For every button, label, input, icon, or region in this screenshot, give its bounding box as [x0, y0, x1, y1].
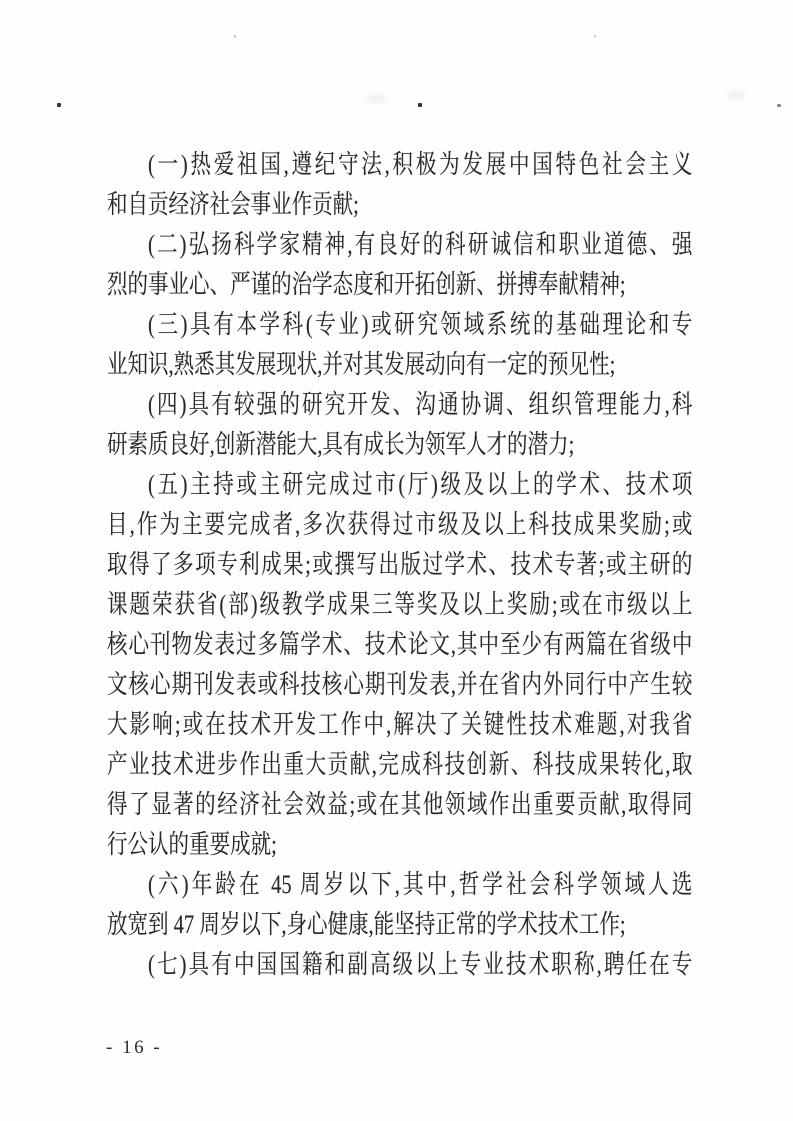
text-line: 取得了多项专利成果;或撰写出版过学术、技术专著;或主研的 [107, 545, 692, 585]
scan-speck [777, 104, 781, 107]
text-line: (五)主持或主研完成过市(厅)级及以上的学术、技术项 [107, 465, 692, 505]
text-line: 产业技术进步作出重大贡献,完成科技创新、科技成果转化,取 [107, 745, 692, 785]
text-line: 行公认的重要成就; [107, 825, 692, 865]
text-line: (七)具有中国国籍和副高级以上专业技术职称,聘任在专 [107, 945, 692, 985]
page-number: - 16 - [106, 1037, 162, 1059]
text-line: 放宽到 47 周岁以下,身心健康,能坚持正常的学术技术工作; [107, 905, 692, 945]
text-line: 文核心期刊发表或科技核心期刊发表,并在省内外同行中产生较 [107, 665, 692, 705]
document-body-text: (一)热爱祖国,遵纪守法,积极为发展中国特色社会主义和自贡经济社会事业作贡献;(… [107, 145, 692, 985]
scan-speck [418, 103, 422, 107]
text-line: (一)热爱祖国,遵纪守法,积极为发展中国特色社会主义 [107, 145, 692, 185]
text-line: 研素质良好,创新潜能大,具有成长为领军人才的潜力; [107, 425, 692, 465]
text-line: (六)年龄在 45 周岁以下,其中,哲学社会科学领域人选 [107, 865, 692, 905]
scan-smudge [726, 90, 746, 99]
text-line: 大影响;或在技术开发工作中,解决了关键性技术难题,对我省 [107, 705, 692, 745]
text-line: (二)弘扬科学家精神,有良好的科研诚信和职业道德、强 [107, 225, 692, 265]
text-line: 核心刊物发表过多篇学术、技术论文,其中至少有两篇在省级中 [107, 625, 692, 665]
scanned-document-page: (一)热爱祖国,遵纪守法,积极为发展中国特色社会主义和自贡经济社会事业作贡献;(… [0, 0, 793, 1121]
text-line: 课题荣获省(部)级教学成果三等奖及以上奖励;或在市级以上 [107, 585, 692, 625]
scan-speck [57, 103, 61, 107]
text-line: 和自贡经济社会事业作贡献; [107, 185, 692, 225]
text-line: (三)具有本学科(专业)或研究领域系统的基础理论和专 [107, 305, 692, 345]
scan-smudge [366, 94, 388, 103]
text-line: (四)具有较强的研究开发、沟通协调、组织管理能力,科 [107, 385, 692, 425]
text-line: 业知识,熟悉其发展现状,并对其发展动向有一定的预见性; [107, 345, 692, 385]
text-line: 烈的事业心、严谨的治学态度和开拓创新、拼搏奉献精神; [107, 265, 692, 305]
text-line: 目,作为主要完成者,多次获得过市级及以上科技成果奖励;或 [107, 505, 692, 545]
scan-speck [234, 35, 236, 38]
text-line: 得了显著的经济社会效益;或在其他领域作出重要贡献,取得同 [107, 785, 692, 825]
scan-speck [594, 35, 596, 38]
